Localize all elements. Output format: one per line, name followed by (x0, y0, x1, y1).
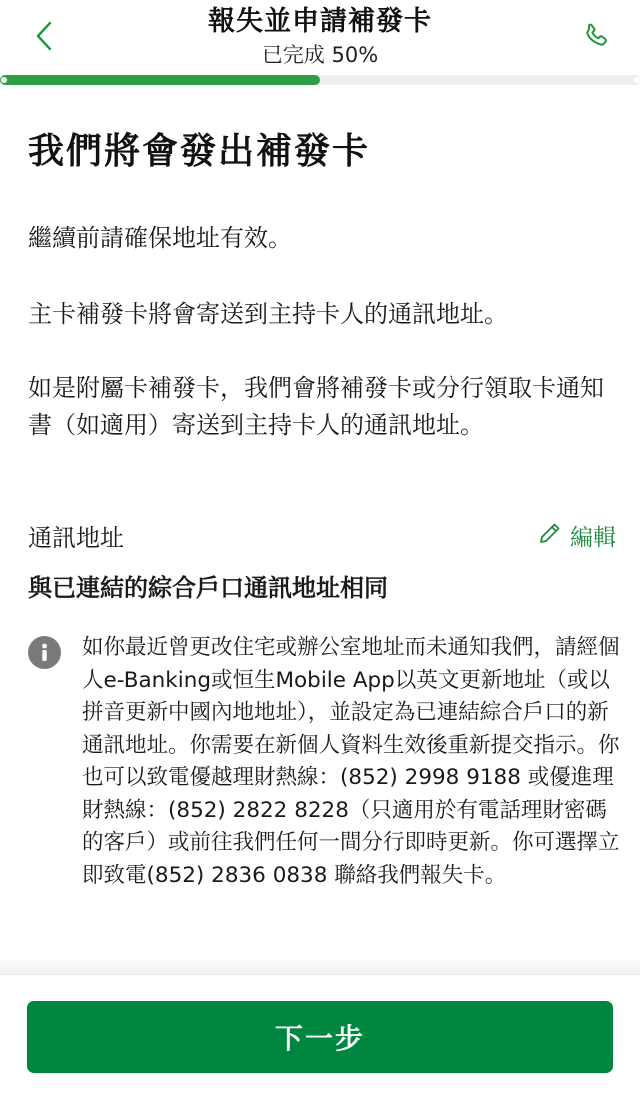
info-text: 如你最近曾更改住宅或辦公室地址而未通知我們，請經個人e-Banking或恒生Mo… (82, 632, 622, 892)
footer-divider (0, 958, 640, 976)
pencil-icon (538, 520, 562, 556)
phone-icon (581, 21, 611, 55)
info-icon (28, 636, 61, 669)
next-button[interactable]: 下一步 (27, 1001, 613, 1073)
progress-end-dot (634, 77, 640, 83)
edit-label: 編輯 (570, 520, 616, 556)
call-button[interactable] (576, 18, 616, 58)
progress-start-dot (1, 77, 7, 83)
progress-bar (0, 75, 640, 85)
address-label: 通訊地址 (28, 520, 124, 556)
supplementary-card-text: 如是附屬卡補發卡，我們會將補發卡或分行領取卡通知書（如適用）寄送到主持卡人的通訊… (28, 370, 608, 444)
progress-subtitle: 已完成 50% (0, 40, 640, 70)
address-value: 與已連結的綜合戶口通訊地址相同 (28, 570, 388, 606)
progress-fill (0, 75, 320, 85)
header-bar: 報失並申請補發卡 已完成 50% (0, 0, 640, 76)
primary-card-text: 主卡補發卡將會寄送到主持卡人的通訊地址。 (28, 296, 608, 333)
edit-address-button[interactable]: 編輯 (538, 520, 616, 556)
instruction-text: 繼續前請確保地址有效。 (28, 220, 608, 257)
page-title: 我們將會發出補發卡 (28, 128, 370, 176)
page-header-title: 報失並申請補發卡 (0, 4, 640, 40)
